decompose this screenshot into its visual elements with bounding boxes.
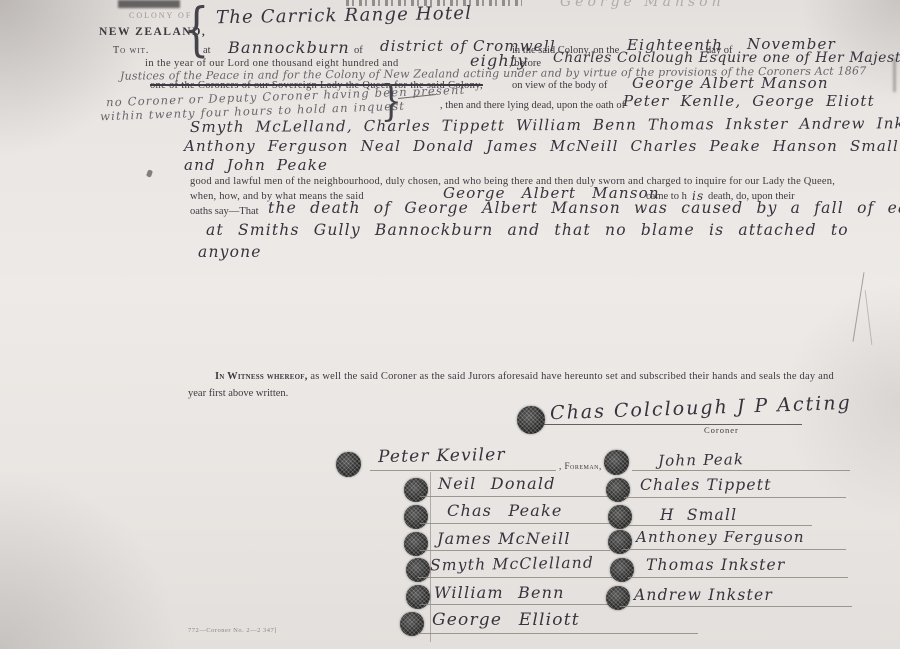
juror-signature-right-2: Chales Tippett: [640, 476, 772, 494]
printed-then-lying: , then and there lying dead, upon the oa…: [440, 100, 625, 111]
ink-speck: [146, 169, 153, 177]
hw-deceased-name: George Albert Manson: [632, 74, 829, 92]
scan-smudge-top-left: [118, 0, 180, 8]
margin-brace: }: [381, 80, 402, 122]
hw-verdict-1: the death of George Albert Manson was ca…: [268, 199, 900, 217]
coroner-title: Coroner: [704, 425, 739, 435]
signature-line: [420, 604, 612, 605]
hw-verdict-3: anyone: [198, 243, 262, 261]
signature-line: [420, 550, 610, 551]
juror-seal: [406, 558, 430, 582]
juror-seal: [404, 505, 428, 529]
juror-seal: [404, 532, 428, 556]
signature-line: [418, 633, 698, 634]
scratch-right-1: [853, 272, 865, 341]
signature-line: [622, 549, 846, 550]
juror-seal: [404, 478, 428, 502]
juror-seal: [604, 450, 629, 475]
witness-lead: In Witness whereof,: [215, 371, 308, 382]
printed-witness-line-2: year first above written.: [188, 388, 288, 399]
signature-line: [418, 577, 612, 578]
signature-line: [370, 470, 556, 471]
juror-seal: [406, 585, 430, 609]
hw-verdict-2: at Smiths Gully Bannockburn and that no …: [206, 221, 849, 239]
juror-signature-left-2: Neil Donald: [438, 474, 556, 493]
printed-witness-line-1: In Witness whereof, as well the said Cor…: [215, 371, 834, 382]
form-number: 772—Coroner No. 2—2 347]: [188, 627, 277, 634]
hw-jurors-line-4: and John Peake: [184, 156, 328, 174]
juror-signature-left-4: James McNeill: [437, 529, 571, 548]
printed-on-view: on view of the body of: [512, 80, 607, 91]
hw-jurors-line-1: Peter Kenlle, George Eliott: [623, 92, 875, 110]
hw-jurors-line-3: Anthony Ferguson Neal Donald James McNei…: [184, 137, 899, 155]
juror-signature-right-1: John Peak: [658, 450, 745, 470]
printed-oaths-say: oaths say—That: [190, 206, 259, 217]
juror-signature-right-3: H Small: [660, 506, 737, 524]
signature-line: [620, 606, 852, 607]
juror-seal: [610, 558, 634, 582]
coroner-signature: Chas Colclough J P Acting: [550, 392, 852, 425]
signature-line: [420, 523, 612, 524]
juror-signature-left-7: George Elliott: [432, 610, 580, 630]
inquest-document: George Manson COLONY OF NEW ZEALAND, To …: [0, 0, 900, 649]
foreman-label: , Foreman,: [559, 461, 602, 471]
signature-line: [632, 470, 850, 471]
juror-signature-left-6: William Benn: [434, 583, 565, 602]
juror-signature-right-6: Andrew Inkster: [634, 586, 773, 604]
witness-rest: as well the said Coroner as the said Jur…: [308, 371, 834, 382]
hw-venue: The Carrick Range Hotel: [216, 3, 472, 28]
to-wit-label: To wit.: [113, 45, 149, 56]
printed-of: of: [354, 45, 363, 56]
juror-signature-left-5: Smyth McClelland: [430, 554, 594, 575]
hw-place: Bannockburn: [228, 38, 350, 57]
signature-line: [628, 577, 848, 578]
juror-signature-left-3: Chas Peake: [447, 501, 563, 520]
juror-seal: [606, 478, 630, 502]
scratch-right-2: [865, 290, 873, 345]
juror-signature-left-1: Peter Keviler: [378, 445, 506, 467]
printed-at: at: [203, 45, 211, 56]
juror-seal: [336, 452, 361, 477]
coroner-signature-line: [540, 424, 802, 425]
juror-seal: [608, 530, 632, 554]
hw-jurors-line-2: Smyth McLelland, Charles Tippett William…: [190, 114, 900, 136]
juror-signature-right-4: Anthoney Ferguson: [636, 528, 805, 546]
juror-signature-right-5: Thomas Inkster: [646, 556, 786, 574]
signature-line: [624, 497, 846, 498]
signature-line: [420, 496, 612, 497]
coroner-seal: [517, 406, 545, 434]
signature-line: [628, 525, 812, 526]
top-right-handwriting: George Manson: [560, 0, 725, 10]
